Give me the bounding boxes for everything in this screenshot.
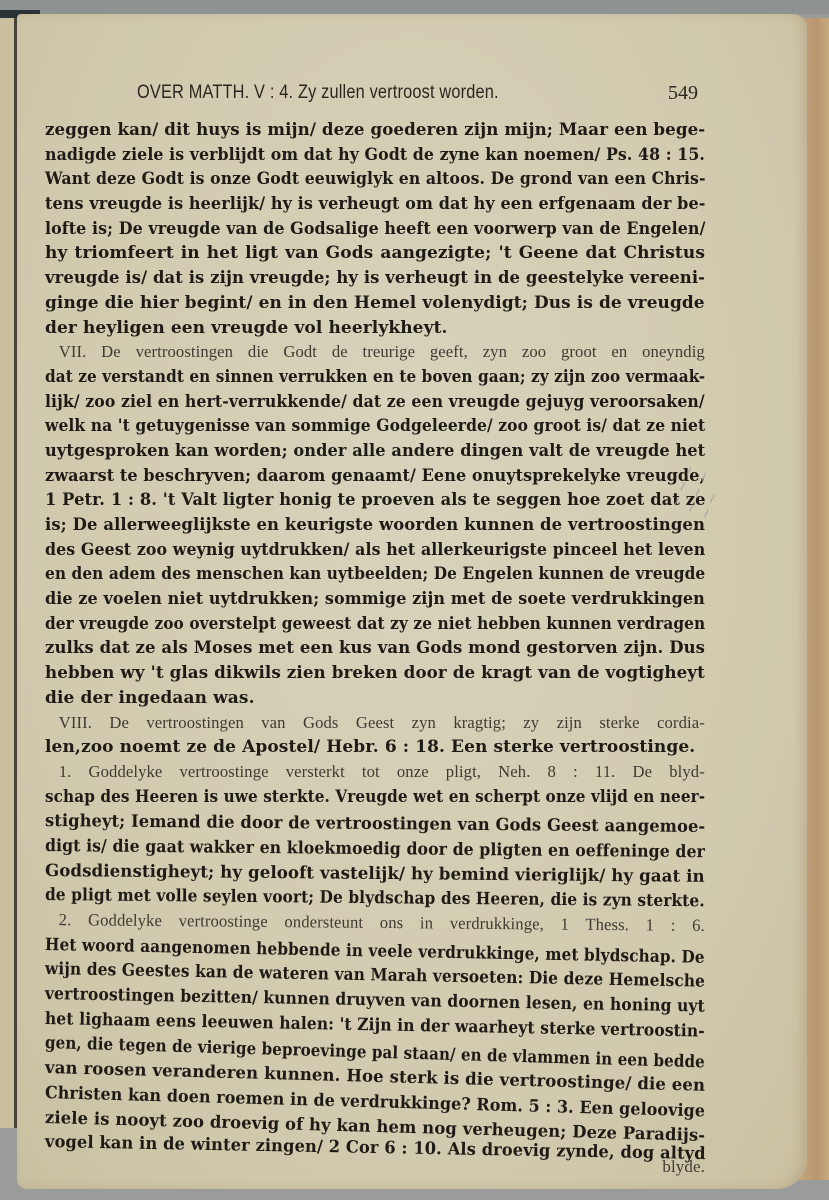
subsection-1: 1. Goddelyke vertroostinge versterkt tot… bbox=[45, 760, 705, 785]
text-line: nadigde ziele is verblijdt om dat hy God… bbox=[45, 143, 705, 168]
text-line: welk na 't getuygenisse van sommige Godg… bbox=[45, 414, 705, 439]
text-line: en den adem des menschen kan uytbeelden;… bbox=[45, 562, 705, 587]
section-heading-vii: VII. De vertroostingen die Godt de treur… bbox=[45, 340, 705, 365]
scan-background-top bbox=[0, 0, 829, 14]
text-line: der heyligen een vreugde vol heerlykheyt… bbox=[45, 316, 705, 341]
text-line: dat ze verstandt en sinnen verrukken en … bbox=[45, 365, 705, 390]
text-line: 1 Petr. 1 : 8. 't Valt ligter honig te p… bbox=[45, 488, 705, 513]
previous-page-edge bbox=[0, 18, 17, 1128]
text-line: zwaarst te beschryven; daarom genaamt/ E… bbox=[45, 464, 705, 489]
body-text: zeggen kan/ dit huys is mijn/ deze goede… bbox=[45, 118, 705, 1180]
section-heading-viii: VIII. De vertroostingen van Gods Geest z… bbox=[45, 711, 705, 736]
text-line: len,zoo noemt ze de Apostel/ Hebr. 6 : 1… bbox=[45, 735, 705, 760]
text-line: vreugde is/ dat is zijn vreugde; hy is v… bbox=[45, 266, 705, 291]
text-line: lofte is; De vreugde van de Godsalige he… bbox=[45, 217, 705, 242]
page-number: 549 bbox=[668, 82, 698, 105]
text-line: lijk/ zoo ziel en hert-verrukkende/ dat … bbox=[45, 390, 705, 415]
text-line: schap des Heeren is uwe sterkte. Vreugde… bbox=[45, 785, 705, 810]
text-line: zulks dat ze als Moses met een kus van G… bbox=[45, 636, 705, 661]
text-line: uytgesproken kan worden; onder alle ande… bbox=[45, 439, 705, 464]
text-line: der vreugde zoo overstelpt geweest dat z… bbox=[45, 612, 705, 637]
text-line: die der ingedaan was. bbox=[45, 686, 705, 711]
text-line: die ze voelen niet uytdrukken; sommige z… bbox=[45, 587, 705, 612]
running-head: OVER MATTH. V : 4. Zy zullen vertroost w… bbox=[137, 82, 627, 106]
text-line: des Geest zoo weynig uytdrukken/ als het… bbox=[45, 538, 705, 563]
text-line: is; De allerweeglijkste en keurigste woo… bbox=[45, 513, 705, 538]
text-line: ginge die hier begint/ en in den Hemel v… bbox=[45, 291, 705, 316]
text-line: Want deze Godt is onze Godt eeuwiglyk en… bbox=[45, 167, 705, 192]
text-line: zeggen kan/ dit huys is mijn/ deze goede… bbox=[45, 118, 705, 143]
text-line: hy triomfeert in het ligt van Gods aange… bbox=[45, 241, 705, 266]
text-line: hebben wy 't glas dikwils zien breken do… bbox=[45, 661, 705, 686]
text-line: tens vreugde is heerlijk/ hy is verheugt… bbox=[45, 192, 705, 217]
